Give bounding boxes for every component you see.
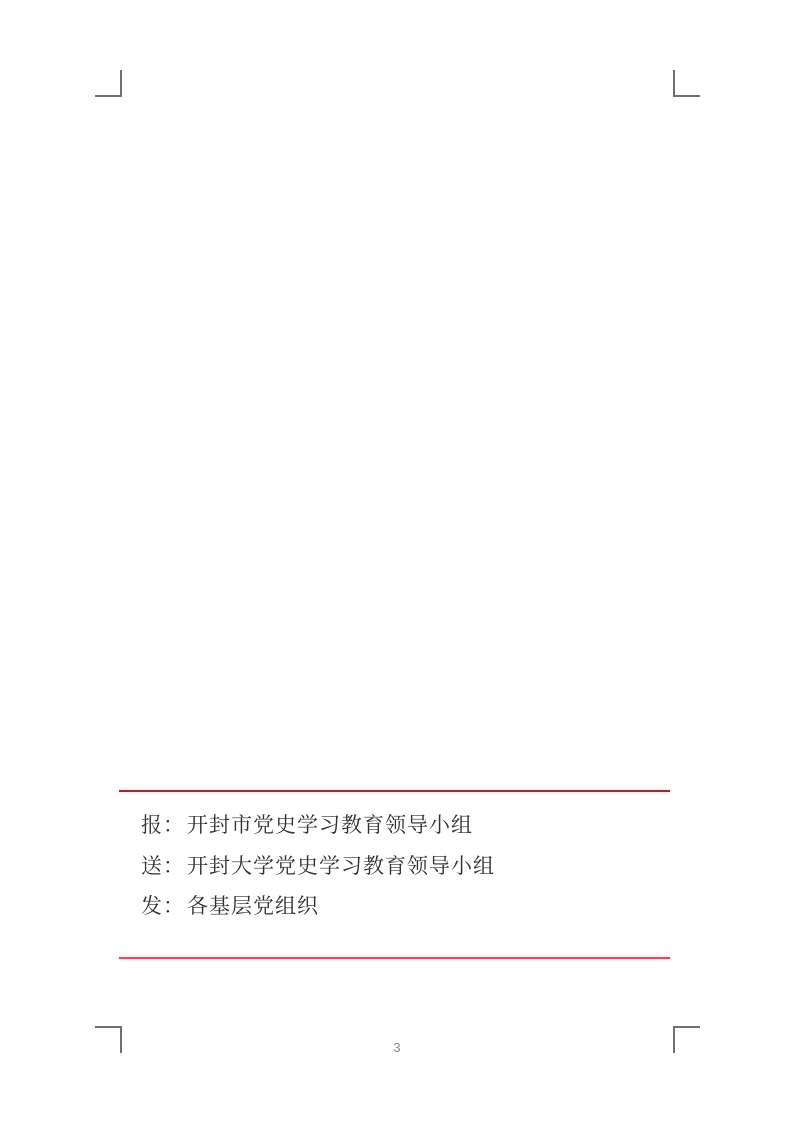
distribution-line-send: 送：开封大学党史学习教育领导小组 (141, 847, 694, 888)
distribution-line-report: 报：开封市党史学习教育领导小组 (141, 806, 694, 847)
distribution-separator-rule-top (119, 790, 670, 792)
distribution-separator-rule-bottom (119, 957, 670, 959)
distribution-value: 开封市党史学习教育领导小组 (187, 806, 473, 847)
distribution-value: 各基层党组织 (187, 887, 319, 928)
distribution-label: 报： (141, 806, 185, 847)
document-page: 报：开封市党史学习教育领导小组 送：开封大学党史学习教育领导小组 发：各基层党组… (0, 0, 794, 1123)
page-number: 3 (0, 1040, 794, 1055)
distribution-value: 开封大学党史学习教育领导小组 (187, 847, 495, 888)
distribution-label: 送： (141, 847, 185, 888)
distribution-line-issue: 发：各基层党组织 (141, 887, 694, 928)
distribution-list: 报：开封市党史学习教育领导小组 送：开封大学党史学习教育领导小组 发：各基层党组… (141, 806, 694, 928)
distribution-label: 发： (141, 887, 185, 928)
crop-mark-top-right-icon (673, 70, 700, 97)
crop-mark-top-left-icon (95, 70, 122, 97)
